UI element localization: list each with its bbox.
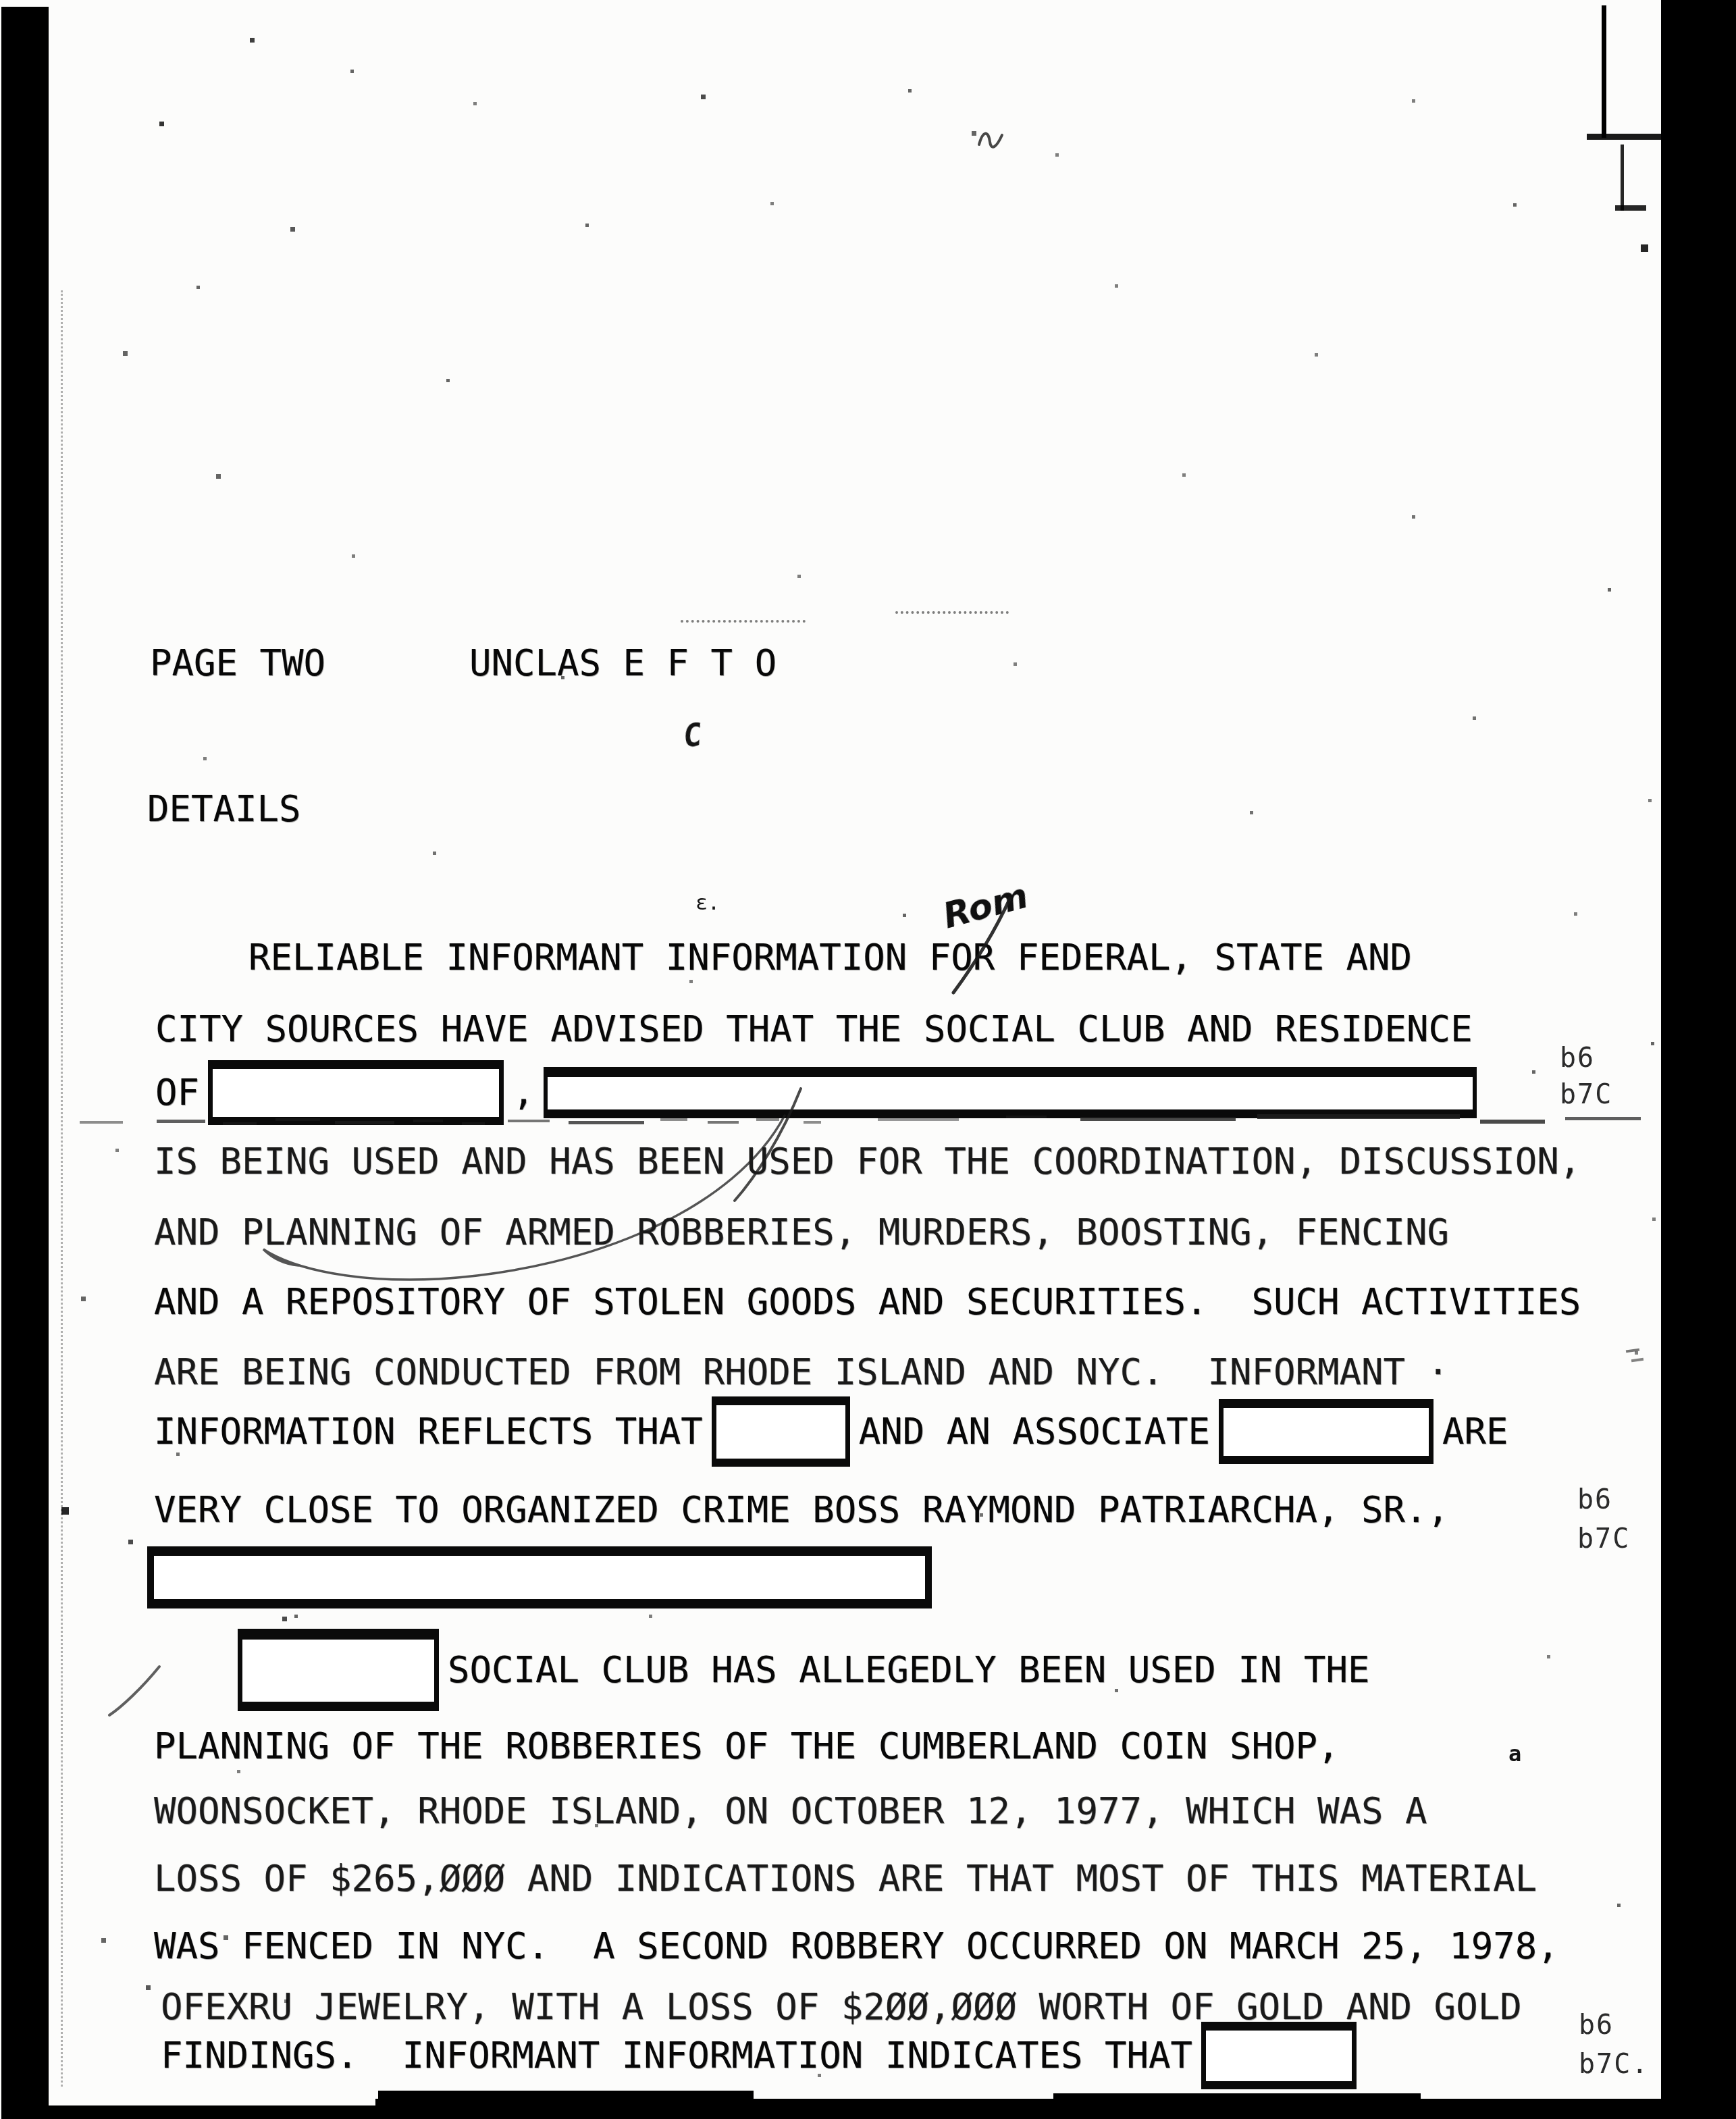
body-line: AND AN ASSOCIATE xyxy=(859,1411,1210,1452)
exemption-code-b6: b6 xyxy=(1579,2010,1614,2041)
redaction-box xyxy=(238,1629,439,1711)
corner-tick-vertical xyxy=(1621,145,1624,211)
body-line: RELIABLE INFORMANT INFORMATION FOR FEDER… xyxy=(248,937,1412,978)
stray-a-mark: a xyxy=(1508,1741,1521,1767)
scan-dash xyxy=(1631,1358,1643,1362)
details-label: DETAILS xyxy=(147,789,301,829)
exemption-code-b6: b6 xyxy=(1560,1043,1595,1074)
exemption-code-b7c: b7C. xyxy=(1579,2049,1649,2080)
redaction-box xyxy=(1219,1399,1433,1464)
scan-dash xyxy=(80,1121,123,1124)
scan-dash xyxy=(275,1118,320,1121)
scan-dash xyxy=(335,1121,394,1124)
bottom-scan-bar-segment xyxy=(39,2105,378,2119)
body-line: WOONSOCKET, RHODE ISLAND, ON OCTOBER 12,… xyxy=(154,1791,1427,1831)
body-line: ARE BEING CONDUCTED FROM RHODE ISLAND AN… xyxy=(154,1352,1449,1392)
page-label: PAGE TWO xyxy=(150,643,325,683)
scan-dotted-strip xyxy=(681,620,806,623)
redaction-box xyxy=(544,1067,1477,1118)
scan-dash xyxy=(804,1121,821,1124)
scan-dash xyxy=(1080,1117,1236,1121)
redaction-box xyxy=(147,1546,932,1608)
scan-dash xyxy=(223,1122,257,1125)
corner-bracket-vertical xyxy=(1602,5,1606,138)
body-line: VERY CLOSE TO ORGANIZED CRIME BOSS RAYMO… xyxy=(154,1490,1449,1530)
scan-dash xyxy=(1257,1114,1460,1119)
corner-tick-horizontal xyxy=(1615,205,1646,211)
exemption-code-b7c: b7C xyxy=(1560,1079,1612,1110)
right-scan-bar xyxy=(1661,0,1736,2119)
left-edge-dotted-line xyxy=(61,290,63,2087)
bottom-scan-bar-segment xyxy=(1053,2093,1421,2100)
stray-epsilon-mark: ε. xyxy=(695,891,720,915)
scan-dotted-strip xyxy=(895,611,1009,614)
scan-dash xyxy=(413,1120,443,1122)
body-line: OF xyxy=(155,1072,199,1113)
scan-dash xyxy=(157,1120,205,1123)
corner-bracket-horizontal xyxy=(1587,134,1662,140)
stray-streak xyxy=(109,1667,159,1715)
body-line: LOSS OF $265,ØØØ AND INDICATIONS ARE THA… xyxy=(154,1858,1537,1899)
exemption-code-b7c: b7C xyxy=(1577,1523,1630,1554)
scan-dash xyxy=(1565,1117,1641,1120)
scan-dash xyxy=(508,1120,550,1122)
exemption-code-b6: b6 xyxy=(1577,1484,1612,1515)
scan-dash xyxy=(708,1121,739,1124)
scan-dash xyxy=(1626,1349,1639,1353)
bottom-scan-bar xyxy=(375,2099,1736,2119)
stray-c-mark: C xyxy=(681,716,704,754)
redacted-line-reflects: INFORMATION REFLECTS THAT AND AN ASSOCIA… xyxy=(154,1394,1508,1469)
classification-label: UNCLAS E F T O xyxy=(469,643,777,683)
scan-dash xyxy=(756,1118,779,1121)
redacted-line-social-club: SOCIAL CLUB HAS ALLEGEDLY BEEN USED IN T… xyxy=(238,1627,1369,1712)
body-line: AND A REPOSITORY OF STOLEN GOODS AND SEC… xyxy=(154,1282,1581,1322)
body-line: FINDINGS. INFORMANT INFORMATION INDICATE… xyxy=(161,2035,1192,2076)
redaction-box xyxy=(712,1396,850,1467)
scan-dash xyxy=(660,1118,687,1121)
body-line: WAS FENCED IN NYC. A SECOND ROBBERY OCCU… xyxy=(154,1926,1559,1966)
redaction-box xyxy=(208,1060,504,1125)
scan-dash xyxy=(1480,1120,1545,1124)
redacted-line-findings: FINDINGS. INFORMANT INFORMATION INDICATE… xyxy=(161,2019,1357,2092)
left-scan-bar xyxy=(1,7,49,2119)
scan-noise xyxy=(0,0,2,2)
scan-dash xyxy=(462,1122,485,1125)
body-line: SOCIAL CLUB HAS ALLEGEDLY BEEN USED IN T… xyxy=(448,1650,1369,1690)
handwritten-correction: Rom xyxy=(939,876,1032,937)
body-line: CITY SOURCES HAVE ADVISED THAT THE SOCIA… xyxy=(155,1009,1473,1049)
redaction-box xyxy=(1201,2022,1357,2089)
body-line: AND PLANNING OF ARMED ROBBERIES, MURDERS… xyxy=(154,1212,1449,1253)
scan-dash xyxy=(878,1118,959,1121)
scanned-document-page: PAGE TWO UNCLAS E F T O C DETAILS ε. Rom… xyxy=(0,0,1736,2119)
stray-squiggle xyxy=(979,134,1002,147)
body-line: , xyxy=(512,1072,535,1113)
body-line: INFORMATION REFLECTS THAT xyxy=(154,1411,703,1452)
scan-dash xyxy=(569,1121,644,1124)
body-line: IS BEING USED AND HAS BEEN USED FOR THE … xyxy=(154,1141,1581,1182)
bottom-scan-bar-segment xyxy=(378,2091,754,2100)
body-line: ARE xyxy=(1442,1411,1508,1452)
scan-dash xyxy=(1006,1116,1047,1118)
body-line: PLANNING OF THE ROBBERIES OF THE CUMBERL… xyxy=(154,1726,1340,1767)
